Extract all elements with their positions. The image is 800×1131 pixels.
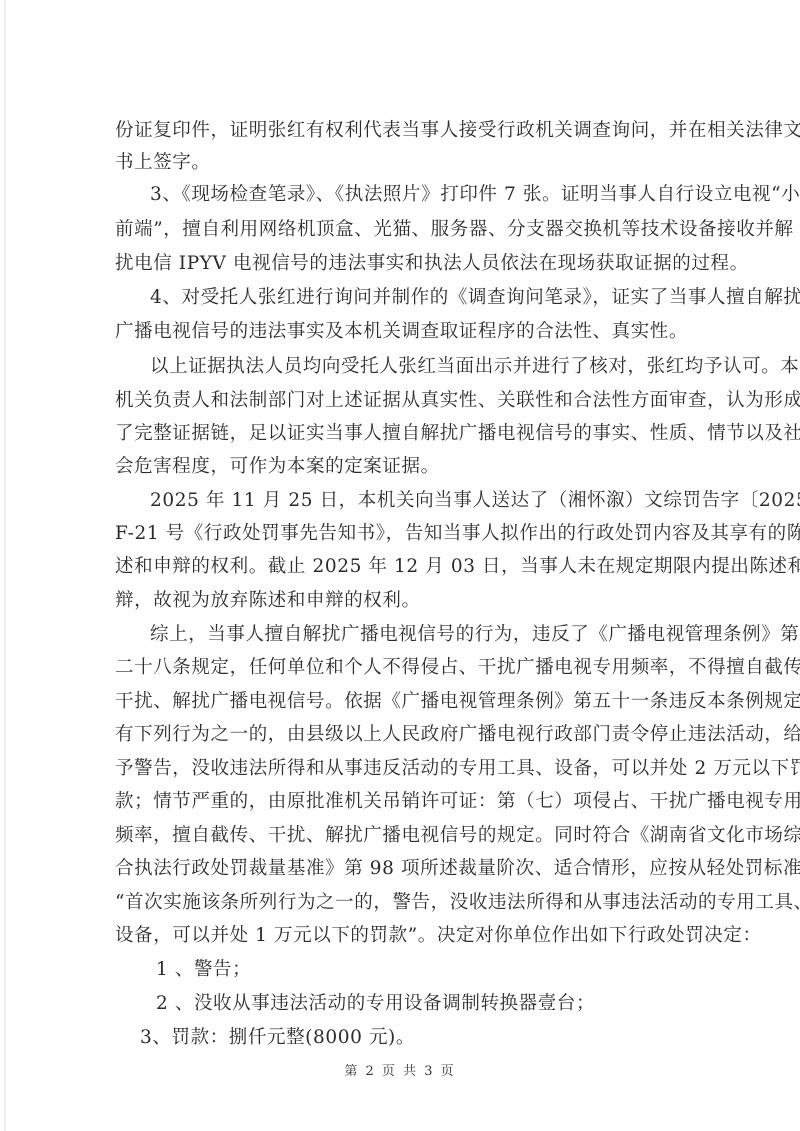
body-line-2: 书上签字。 [115, 151, 695, 175]
body-line-17: 二十八条规定，任何单位和个人不得侵占、干扰广播电视专用频率，不得擅自截传、 [115, 656, 695, 680]
body-line-18: 干扰、解扰广播电视信号。依据《广播电视管理条例》第五十一条违反本条例规定， [115, 690, 695, 714]
body-line-7: 广播电视信号的违法事实及本机关调查取证程序的合法性、真实性。 [115, 320, 695, 344]
page-number: 第 2 页 共 3 页 [0, 1060, 800, 1079]
evidence-summary: 以上证据执法人员均向受托人张红当面出示并进行了核对，张红均予认可。本 [150, 355, 730, 379]
body-line-10: 了完整证据链，足以证实当事人擅自解扰广播电视信号的事实、性质、情节以及社 [115, 422, 695, 446]
document-page: 份证复印件，证明张红有权利代表当事人接受行政机关调查询问，并在相关法律文 书上签… [0, 0, 800, 1131]
penalty-item-1: 1 、警告； [156, 958, 736, 982]
body-line-4: 前端”，擅自利用网络机顶盒、光猫、服务器、分支器交换机等技术设备接收并解 [115, 218, 695, 242]
body-line-25: 设备，可以并处 1 万元以下的罚款”。决定对你单位作出如下行政处罚决定： [115, 924, 695, 948]
body-line-23: 合执法行政处罚裁量基准》第 98 项所述裁量阶次、适合情形，应按从轻处罚标准 [115, 857, 695, 881]
conclusion-paragraph: 综上，当事人擅自解扰广播电视信号的行为，违反了《广播电视管理条例》第 [150, 623, 730, 647]
body-line-22: 频率，擅自截传、干扰、解扰广播电视信号的规定。同时符合《湖南省文化市场综 [115, 824, 695, 848]
body-line-19: 有下列行为之一的，由县级以上人民政府广播电视行政部门责令停止违法活动，给 [115, 723, 695, 747]
notice-paragraph: 2025 年 11 月 25 日，本机关向当事人送达了（湘怀溆）文综罚告字〔20… [150, 489, 730, 513]
body-line-13: F-21 号《行政处罚事先告知书》，告知当事人拟作出的行政处罚内容及其享有的陈 [115, 522, 695, 546]
body-line-20: 予警告，没收违法所得和从事违反活动的专用工具、设备，可以并处 2 万元以下罚 [115, 757, 695, 781]
body-line-21: 款；情节严重的，由原批准机关吊销许可证：第（七）项侵占、干扰广播电视专用 [115, 790, 695, 814]
body-line-24: “首次实施该条所列行为之一的，警告，没收违法所得和从事违法活动的专用工具、 [115, 891, 695, 915]
body-line-9: 机关负责人和法制部门对上述证据从真实性、关联性和合法性方面审查，认为形成 [115, 389, 695, 413]
body-line-5: 扰电信 IPYV 电视信号的违法事实和执法人员依法在现场获取证据的过程。 [115, 252, 695, 276]
penalty-item-3: 3、罚款：捌仟元整(8000 元)。 [140, 1026, 720, 1050]
body-line-1: 份证复印件，证明张红有权利代表当事人接受行政机关调查询问，并在相关法律文 [115, 119, 695, 143]
body-line-11: 会危害程度，可作为本案的定案证据。 [115, 455, 695, 479]
evidence-item-4: 4、对受托人张红进行询问并制作的《调查询问笔录》，证实了当事人擅自解扰 [150, 286, 730, 310]
penalty-item-2: 2 、没收从事违法活动的专用设备调制转换器壹台； [156, 992, 736, 1016]
body-line-15: 辩，故视为放弃陈述和申辩的权利。 [115, 589, 695, 613]
evidence-item-3: 3、《现场检查笔录》、《执法照片》打印件 7 张。证明当事人自行设立电视“小 [150, 183, 730, 207]
scan-edge [4, 0, 6, 1131]
body-line-14: 述和申辩的权利。截止 2025 年 12 月 03 日，当事人未在规定期限内提出… [115, 555, 695, 579]
